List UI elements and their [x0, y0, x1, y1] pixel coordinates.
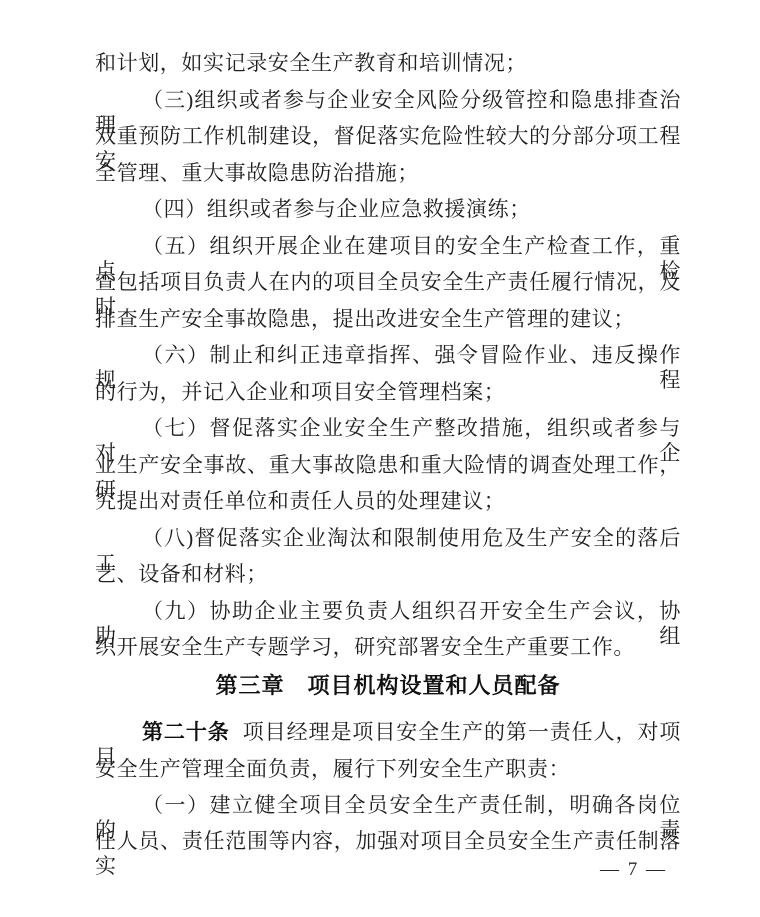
page-number: — 7 —	[600, 859, 667, 881]
body-line: 全管理、重大事故隐患防治措施；	[95, 161, 681, 186]
body-line: 究提出对责任单位和责任人员的处理建议；	[95, 489, 681, 514]
body-line: 艺、设备和材料；	[95, 562, 681, 587]
body-line: 的行为，并记入企业和项目安全管理档案；	[95, 380, 681, 405]
document-page: 和计划，如实记录安全生产教育和培训情况； （三)组织或者参与企业安全风险分级管控…	[0, 0, 760, 917]
body-line: 安全生产管理全面负责，履行下列安全生产职责：	[95, 757, 681, 782]
chapter-3-heading: 第三章 项目机构设置和人员配备	[95, 669, 681, 700]
body-line: 和计划，如实记录安全生产教育和培训情况；	[95, 51, 681, 76]
article-20-label: 第二十条	[142, 721, 230, 744]
body-line: 排查生产安全事故隐患，提出改进安全生产管理的建议；	[95, 307, 681, 332]
body-line-item-4: （四）组织或者参与企业应急救援演练；	[95, 197, 681, 222]
body-line: 任人员、责任范围等内容，加强对项目全员安全生产责任制落实	[95, 829, 681, 879]
body-text-column: 和计划，如实记录安全生产教育和培训情况； （三)组织或者参与企业安全风险分级管控…	[95, 0, 681, 917]
body-line: 织开展安全生产专题学习，研究部署安全生产重要工作。	[95, 635, 681, 660]
